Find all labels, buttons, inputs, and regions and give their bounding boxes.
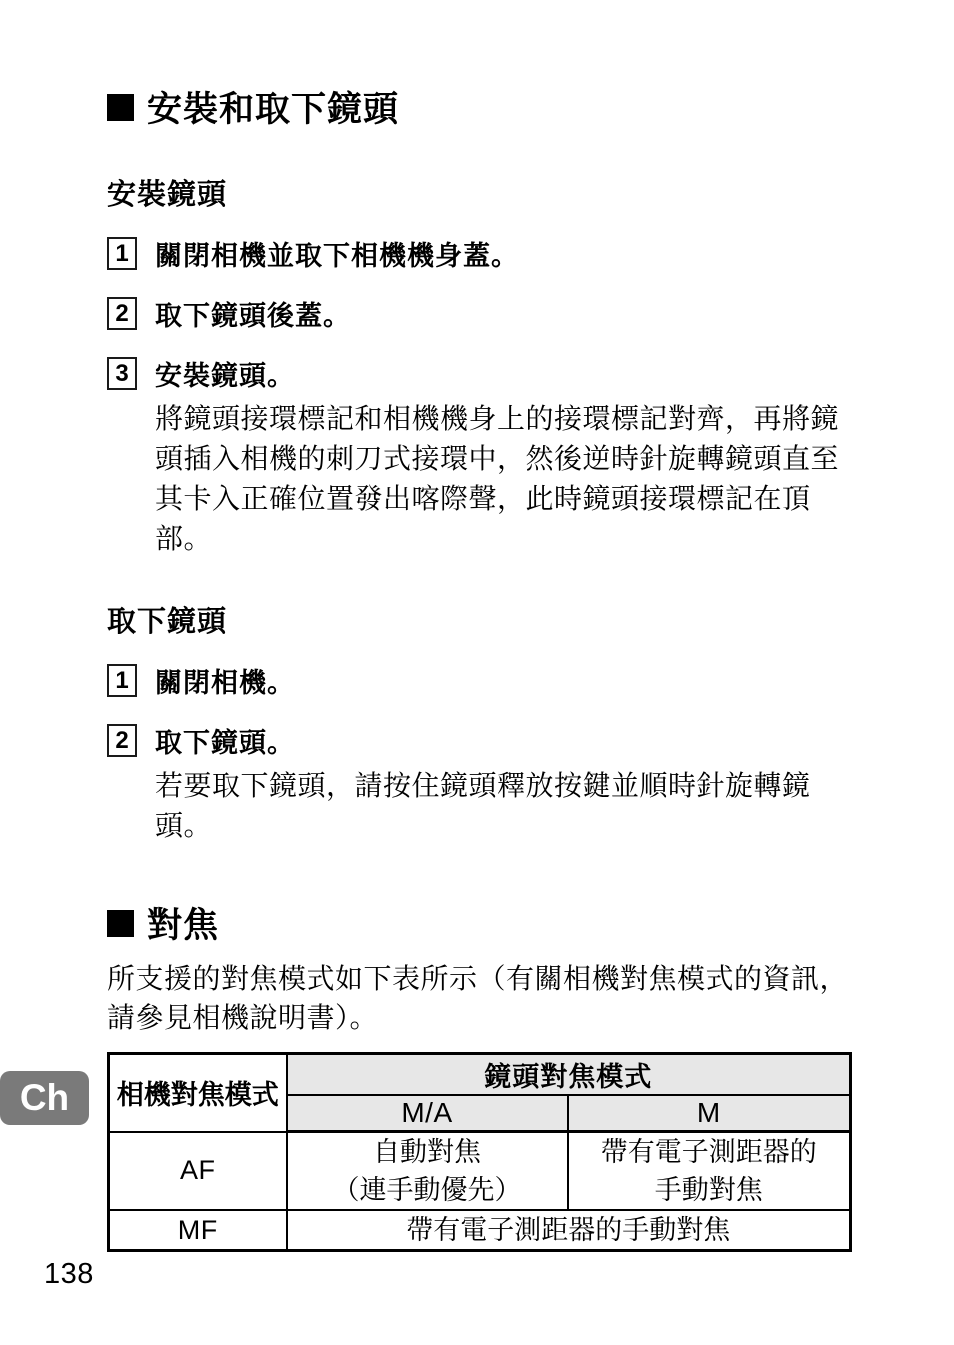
section-square-icon bbox=[107, 94, 134, 121]
attach-step-1: 1 關閉相機並取下相機機身蓋。 bbox=[107, 234, 849, 273]
subsection-heading-attach: 安裝鏡頭 bbox=[107, 172, 849, 213]
table-row-mf: MF 帶有電子測距器的手動對焦 bbox=[109, 1210, 851, 1251]
focus-mode-table: 相機對焦模式 鏡頭對焦模式 M/A M AF 自動對焦 （連手動優先） 帶有電子… bbox=[107, 1052, 852, 1252]
step-number-box: 1 bbox=[107, 237, 137, 270]
page-content: 安裝和取下鏡頭 安裝鏡頭 1 關閉相機並取下相機機身蓋。 2 取下鏡頭後蓋。 3… bbox=[107, 0, 849, 1252]
mf-merged-value-cell: 帶有電子測距器的手動對焦 bbox=[287, 1210, 851, 1251]
camera-mode-af-cell: AF bbox=[109, 1132, 287, 1211]
step-title: 關閉相機並取下相機機身蓋。 bbox=[155, 234, 519, 273]
attach-step-3-detail: 將鏡頭接環標記和相機機身上的接環標記對齊，再將鏡 頭插入相機的刺刀式接環中，然後… bbox=[155, 399, 849, 559]
manual-page: 安裝和取下鏡頭 安裝鏡頭 1 關閉相機並取下相機機身蓋。 2 取下鏡頭後蓋。 3… bbox=[0, 0, 954, 1345]
section-heading-attach-remove-text: 安裝和取下鏡頭 bbox=[147, 82, 399, 132]
step-number-box: 2 bbox=[107, 297, 137, 330]
lens-mode-m-header-cell: M bbox=[568, 1095, 851, 1132]
remove-step-1: 1 關閉相機。 bbox=[107, 661, 849, 700]
step-number-box: 2 bbox=[107, 724, 137, 757]
focus-intro-paragraph: 所支援的對焦模式如下表所示（有關相機對焦模式的資訊， 請參見相機說明書）。 bbox=[107, 960, 849, 1038]
table-header-row-1: 相機對焦模式 鏡頭對焦模式 bbox=[109, 1054, 851, 1096]
section-square-icon bbox=[107, 910, 134, 937]
section-heading-attach-remove: 安裝和取下鏡頭 bbox=[107, 82, 849, 132]
step-title: 安裝鏡頭。 bbox=[155, 354, 295, 393]
attach-step-2: 2 取下鏡頭後蓋。 bbox=[107, 294, 849, 333]
step-title: 關閉相機。 bbox=[155, 661, 295, 700]
camera-mode-mf-cell: MF bbox=[109, 1210, 287, 1251]
page-number: 138 bbox=[44, 1258, 94, 1291]
lens-focus-mode-header-cell: 鏡頭對焦模式 bbox=[287, 1054, 851, 1096]
subsection-heading-remove: 取下鏡頭 bbox=[107, 599, 849, 640]
af-ma-value-cell: 自動對焦 （連手動優先） bbox=[287, 1132, 568, 1211]
section-heading-focus: 對焦 bbox=[107, 898, 849, 948]
section-heading-focus-text: 對焦 bbox=[147, 898, 219, 948]
table-row-af: AF 自動對焦 （連手動優先） 帶有電子測距器的 手動對焦 bbox=[109, 1132, 851, 1211]
attach-step-3: 3 安裝鏡頭。 bbox=[107, 354, 849, 393]
step-number-box: 1 bbox=[107, 664, 137, 697]
step-title: 取下鏡頭。 bbox=[155, 721, 295, 760]
step-title: 取下鏡頭後蓋。 bbox=[155, 294, 351, 333]
af-m-value-cell: 帶有電子測距器的 手動對焦 bbox=[568, 1132, 851, 1211]
step-number-box: 3 bbox=[107, 357, 137, 390]
language-index-tab: Ch bbox=[0, 1071, 89, 1125]
remove-step-2-detail: 若要取下鏡頭，請按住鏡頭釋放按鍵並順時針旋轉鏡 頭。 bbox=[155, 766, 849, 846]
lens-mode-ma-header-cell: M/A bbox=[287, 1095, 568, 1132]
language-index-tab-label: Ch bbox=[20, 1077, 69, 1119]
camera-focus-mode-header-cell: 相機對焦模式 bbox=[109, 1054, 287, 1132]
remove-step-2: 2 取下鏡頭。 bbox=[107, 721, 849, 760]
